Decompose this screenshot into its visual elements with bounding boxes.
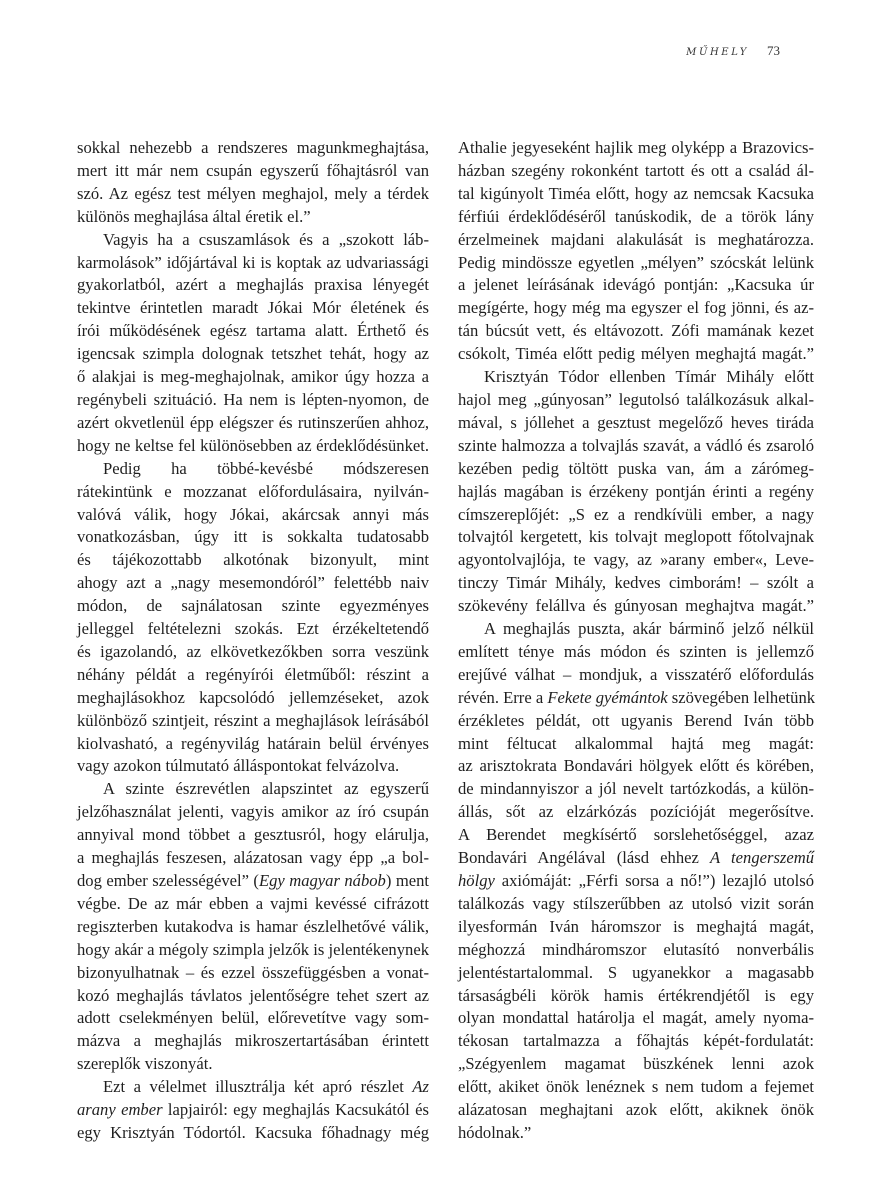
- text-line: rátekintünk e mozzanat előfordulásaira, …: [77, 481, 429, 504]
- text-segment: axiómáját: „Férfi sorsa a nő!”) lezajló …: [495, 871, 814, 890]
- text-line: találkozás vagy stílszerűbben az utolsó …: [458, 893, 814, 916]
- text-line: regiszterben kutakodva is hamar észlelhe…: [77, 916, 429, 939]
- text-line: állás, sőt az elzárkózás pozícióját mege…: [458, 801, 814, 824]
- text-line: hölgy axiómáját: „Férfi sorsa a nő!”) le…: [458, 870, 814, 893]
- text-line: jelleggel feltételezni szokás. Ezt érzék…: [77, 618, 429, 641]
- text-line: társaságbéli körök hamis értékrendjétől …: [458, 985, 814, 1008]
- text-line: méghozzá mindháromszor elutasító nonverb…: [458, 939, 814, 962]
- text-line: mával, s jóllehet a gesztust megelőző he…: [458, 412, 814, 435]
- text-line: tal kigúnyolt Timéa előtt, hogy az nemcs…: [458, 183, 814, 206]
- text-line: csókolt, Timéa előtt pedig mélyen meghaj…: [458, 343, 814, 366]
- text-line: kezében pedig töltött puska van, ám a zá…: [458, 458, 814, 481]
- text-line: címszereplőjét: „S ez a rendkívüli ember…: [458, 504, 814, 527]
- text-line: jelentéstartalommal. S ugyanekkor a maga…: [458, 962, 814, 985]
- text-line: említett ténye más módon és szinten is j…: [458, 641, 814, 664]
- text-line: ilyesformán Iván háromszor is meghajtá m…: [458, 916, 814, 939]
- text-line: bizonyulhatnak – és ezzel összefüggésben…: [77, 962, 429, 985]
- text-line: megígérte, hogy még ma egyszer el fog jö…: [458, 297, 814, 320]
- text-line: adott cselekményen belül, előrevetítve v…: [77, 1007, 429, 1030]
- text-line: és igazolandó, az elkövetkezőkben sorra …: [77, 641, 429, 664]
- text-line: Vagyis ha a csuszamlások és a „szokott l…: [77, 229, 429, 252]
- text-line: szereplők viszonyát.: [77, 1053, 429, 1076]
- text-segment: ) ment: [386, 871, 429, 890]
- text-line: Krisztyán Tódor ellenben Tímár Mihály el…: [458, 366, 814, 389]
- text-line: Pedig ha többé-kevésbé módszeresen: [77, 458, 429, 481]
- text-line: jelzőhasználat jelenti, vagyis amikor az…: [77, 801, 429, 824]
- text-line: valóvá válik, hogy Jókai, akárcsak annyi…: [77, 504, 429, 527]
- text-line: révén. Erre a Fekete gyémántok szövegébe…: [458, 687, 814, 710]
- text-line: hajlás magában is érzékeny pontján érint…: [458, 481, 814, 504]
- text-line: dog ember szelességével” (Egy magyar náb…: [77, 870, 429, 893]
- text-line: erejűvé válhat – mondjuk, a visszatérő e…: [458, 664, 814, 687]
- text-line: ő alakjai is meg-meghajolnak, amikor úgy…: [77, 366, 429, 389]
- text-line: tolvajtól kergetett, kis tolvajt meglopo…: [458, 526, 814, 549]
- text-line: hogy ne keltse fel különösebben az érdek…: [77, 435, 429, 458]
- text-line: a jelenet leírásának idevágó pontján: „K…: [458, 274, 814, 297]
- text-line: annyival mond többet a gesztusról, hogy …: [77, 824, 429, 847]
- text-line: tán búcsút vett, és eltávozott. Zófi mam…: [458, 320, 814, 343]
- text-line: különös meghajlása által éretik el.”: [77, 206, 429, 229]
- text-line: hogy akár a mégoly szimpla jelzők is jel…: [77, 939, 429, 962]
- running-header: MŰHELY 73: [686, 43, 780, 59]
- section-title: MŰHELY: [686, 47, 749, 58]
- text-line: azért okvetlenül épp elégszer és rutinsz…: [77, 412, 429, 435]
- text-line: mert itt már nem csupán egyszerű főhajtá…: [77, 160, 429, 183]
- text-line: tekintve érintetlen maradt Jókai Mór éle…: [77, 297, 429, 320]
- text-line: vagy azokon túlmutató álláspontokat felv…: [77, 755, 429, 778]
- text-line: alázatosan meghajtani azok előtt, akikne…: [458, 1099, 814, 1122]
- text-line: sokkal nehezebb a rendszeres magunkmegha…: [77, 137, 429, 160]
- text-line: igencsak szimpla dolognak tetszhet tehát…: [77, 343, 429, 366]
- text-line: A Berendet megkísértő sorslehetőséggel, …: [458, 824, 814, 847]
- text-line: olyan mondattal határolja el magát, amel…: [458, 1007, 814, 1030]
- text-line: A meghajlás puszta, akár bárminő jelző n…: [458, 618, 814, 641]
- text-line: és tájékozottabb alkotónak bizonyult, mi…: [77, 549, 429, 572]
- text-segment: Ezt a vélelmet illusztrálja két apró rés…: [103, 1077, 412, 1096]
- text-segment: szövegében lelhetünk: [668, 688, 815, 707]
- text-line: hajol meg „gúnyosan” legutolsó találkozá…: [458, 389, 814, 412]
- text-line: különböző szintjeit, részint a meghajlás…: [77, 710, 429, 733]
- text-segment: révén. Erre a: [458, 688, 547, 707]
- text-line: vonatkozásban, úgy itt is sokkalta tudat…: [77, 526, 429, 549]
- text-line: végbe. De az már ebben a vajmi kevéssé c…: [77, 893, 429, 916]
- text-line: az arisztokrata Bondavári hölgyek előtt …: [458, 755, 814, 778]
- text-line: tinczy Timár Mihály, kedves cimborám! – …: [458, 572, 814, 595]
- italic-title: arany ember: [77, 1100, 163, 1119]
- text-segment: Bondavári Angélával (lásd ehhez: [458, 848, 710, 867]
- text-line: módon, de sajnálatosan szinte egyezménye…: [77, 595, 429, 618]
- text-line: regénybeli szituáció. Ha nem is lépten-n…: [77, 389, 429, 412]
- right-text-column: Athalie jegyeseként hajlik meg olyképp a…: [458, 137, 814, 1145]
- text-line: mázva a meghajlás mikroszertartásában ér…: [77, 1030, 429, 1053]
- text-line: érzékletes példát, ott ugyanis Berend Iv…: [458, 710, 814, 733]
- text-line: Pedig mindössze egyetlen „mélyen” szócsk…: [458, 252, 814, 275]
- text-line: házban szegény rokonként tartott és ott …: [458, 160, 814, 183]
- text-line: kiolvasható, a regényvilág határain belü…: [77, 733, 429, 756]
- text-line: előtt, akiket önök lenéznek s nem tudom …: [458, 1076, 814, 1099]
- text-line: meghajlásokhoz kapcsolódó jellemzéseket,…: [77, 687, 429, 710]
- text-segment: lapjairól: egy meghajlás Kacsukától és: [163, 1100, 429, 1119]
- text-line: szinte halmozza a tolvajlás szavát, a vá…: [458, 435, 814, 458]
- italic-title: Egy magyar nábob: [259, 871, 386, 890]
- page-number: 73: [767, 43, 780, 59]
- left-text-column: sokkal nehezebb a rendszeres magunkmegha…: [77, 137, 429, 1145]
- text-line: írói működésének egész tartama alatt. Ér…: [77, 320, 429, 343]
- text-line: néhány példát a regényírói életműből: ré…: [77, 664, 429, 687]
- text-line: kozó meghajlás távlatos jelentőségre teh…: [77, 985, 429, 1008]
- text-line: érzelmeinek majdani alakulását is meghat…: [458, 229, 814, 252]
- text-line: de mindannyiszor a jól nevelt tartózkodá…: [458, 778, 814, 801]
- text-line: karmolások” időjártával ki is koptak az …: [77, 252, 429, 275]
- text-segment: dog ember szelességével” (: [77, 871, 259, 890]
- text-line: agyontolvajlója, te vagy, az »arany embe…: [458, 549, 814, 572]
- text-line: szó. Az egész test mélyen meghajol, mely…: [77, 183, 429, 206]
- text-line: hódolnak.”: [458, 1122, 814, 1145]
- text-line: „Szégyenlem magamat büszkének lenni azok: [458, 1053, 814, 1076]
- italic-title: Az: [412, 1077, 429, 1096]
- italic-title: A tengerszemű: [710, 848, 814, 867]
- text-line: Bondavári Angélával (lásd ehhez A tenger…: [458, 847, 814, 870]
- text-line: a meghajlás feszesen, alázatosan vagy ép…: [77, 847, 429, 870]
- text-line: Ezt a vélelmet illusztrálja két apró rés…: [77, 1076, 429, 1099]
- italic-title: hölgy: [458, 871, 495, 890]
- italic-title: Fekete gyémántok: [547, 688, 667, 707]
- text-line: A szinte észrevétlen alapszintet az egys…: [77, 778, 429, 801]
- text-line: tékosan tartalmazza a főhajtás képét-for…: [458, 1030, 814, 1053]
- text-line: gyakorlatból, azért a meghajlás praxisa …: [77, 274, 429, 297]
- text-line: Athalie jegyeseként hajlik meg olyképp a…: [458, 137, 814, 160]
- text-line: egy Krisztyán Tódortól. Kacsuka főhadnag…: [77, 1122, 429, 1145]
- text-line: ahogy azt a „nagy mesemondóról” felettéb…: [77, 572, 429, 595]
- text-line: mint féltucat alkalommal hajtá meg magát…: [458, 733, 814, 756]
- text-line: szökevény felállva és gúnyosan meghajtva…: [458, 595, 814, 618]
- text-line: férfiúi érdeklődéséről tanúskodik, de a …: [458, 206, 814, 229]
- text-line: arany ember lapjairól: egy meghajlás Kac…: [77, 1099, 429, 1122]
